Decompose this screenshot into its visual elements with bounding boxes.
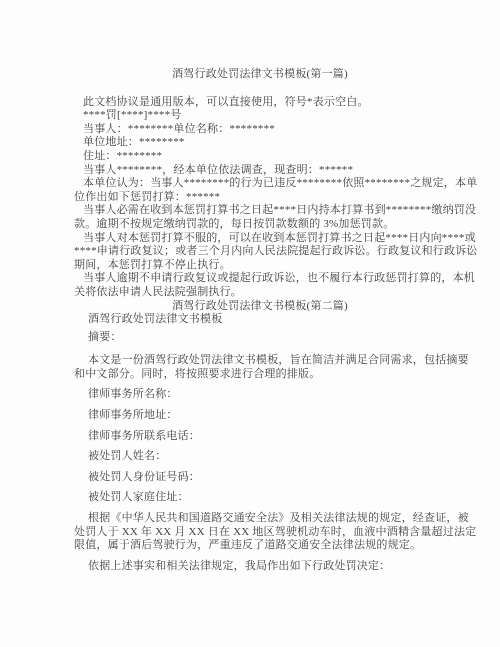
document-line: 本文是一份酒驾行政处罚法律文书模板，旨在简洁并满足合同需求，包括摘要	[74, 354, 446, 368]
document-line: 被处罚人身份证号码：	[74, 471, 446, 485]
document-line: 律师事务所名称：	[74, 388, 446, 402]
document-line: 本单位认为：当事人********的行为已违反********依照*******…	[74, 177, 446, 191]
document-body: 酒驾行政处罚法律文书模板(第一篇)此文档协议是通用版本，可以直接使用，符号*表示…	[74, 68, 446, 573]
document-line: 酒驾行政处罚法律文书模板	[74, 313, 446, 327]
document-line: 当事人：********单位名称：********	[74, 123, 446, 137]
document-line: 被处罚人姓名：	[74, 450, 446, 464]
document-line: 和中文部分。同时，将按照要求进行合理的排版。	[74, 368, 446, 382]
document-line: 限值，属于酒后驾驶行为，严重违反了道路交通安全法律法规的规定。	[74, 539, 446, 553]
document-line: 律师事务所联系电话：	[74, 430, 446, 444]
document-line: 住址：********	[74, 150, 446, 164]
document-line: 位作出如下惩罚打算：******	[74, 191, 446, 205]
document-line: ****申请行政复议；或者三个月内向人民法院提起行政诉讼。行政复议和行政诉讼	[74, 245, 446, 259]
document-line: 摘要：	[74, 331, 446, 345]
document-line: 当事人必需在收到本惩罚打算书之日起****日内持本打算书到********缴纳罚…	[74, 204, 446, 218]
document-line: 被处罚人家庭住址：	[74, 491, 446, 505]
document-line: 期间，本惩罚打算不停止执行。	[74, 259, 446, 273]
document-line: 当事人逾期不申请行政复议或提起行政诉讼，也不履行本行政惩罚打算的，本机	[74, 272, 446, 286]
document-line: 处罚人于 XX 年 XX 月 XX 日在 XX 地区驾驶机动车时，血液中酒精含量…	[74, 526, 446, 540]
document-line: 当事人对本惩罚打算不服的，可以在收到本惩罚打算书之日起****日内向****或	[74, 232, 446, 246]
document-line: 关将依法申请人民法院强制执行。	[74, 286, 446, 300]
document-line: 款。逾期不按规定缴纳罚款的，每日按罚款数额的 3%加惩罚款。	[74, 218, 446, 232]
part2-title: 酒驾行政处罚法律文书模板(第二篇)	[74, 300, 446, 314]
document-line: 此文档协议是通用版本，可以直接使用，符号*表示空白。	[74, 96, 446, 110]
document-line: 律师事务所地址：	[74, 409, 446, 423]
document-line: 依据上述事实和相关法律规定，我局作出如下行政处罚决定：	[74, 560, 446, 574]
document-page: 酒驾行政处罚法律文书模板(第一篇)此文档协议是通用版本，可以直接使用，符号*表示…	[0, 0, 500, 647]
document-line: 单位地址：********	[74, 136, 446, 150]
document-line: ****罚[****]****号	[74, 109, 446, 123]
document-line: 根据《中华人民共和国道路交通安全法》及相关法律法规的规定，经查证，被	[74, 512, 446, 526]
document-line: 当事人********，经本单位依法调查，现查明：******	[74, 164, 446, 178]
part1-title: 酒驾行政处罚法律文书模板(第一篇)	[74, 68, 446, 82]
